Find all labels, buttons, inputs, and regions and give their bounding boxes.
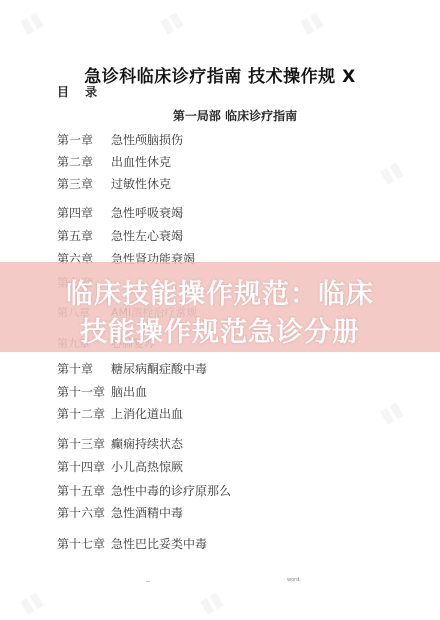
chapter-number: 第三章 (57, 175, 105, 192)
chapter-name: 脑出血 (111, 385, 147, 399)
title-banner: 临床技能操作规范：临床 技能操作规范急诊分册 (0, 262, 440, 352)
watermark: ▮▮ (15, 6, 46, 38)
toc-entry: 第一章急性颅脑损伤 (57, 131, 183, 148)
watermark: ▮▮ (15, 586, 46, 618)
watermark: ▮▮ (295, 6, 326, 38)
chapter-number: 第十五章 (57, 482, 105, 499)
part-title: 第一局部 临床诊疗指南 (0, 107, 440, 124)
chapter-name: 急性酒精中毒 (111, 506, 183, 520)
watermark: ▮▮ (375, 156, 406, 188)
chapter-number: 第四章 (57, 204, 105, 221)
chapter-number: 第十章 (57, 360, 105, 377)
chapter-name: 急性呼吸衰竭 (111, 206, 183, 220)
toc-entry: 第十四章小儿高热惊厥 (57, 458, 183, 475)
chapter-number: 第一章 (57, 131, 105, 148)
chapter-name: 糖尿病酮症酸中毒 (111, 362, 207, 376)
toc-entry: 第十三章癫痫持续状态 (57, 435, 183, 452)
chapter-name: 急性颅脑损伤 (111, 133, 183, 147)
chapter-name: 上消化道出血 (111, 407, 183, 421)
toc-entry: 第二章出血性休克 (57, 153, 171, 170)
chapter-number: 第二章 (57, 153, 105, 170)
watermark: ▮▮ (195, 586, 226, 618)
chapter-number: 第五章 (57, 227, 105, 244)
chapter-name: 癫痫持续状态 (111, 437, 183, 451)
toc-entry: 第十章糖尿病酮症酸中毒 (57, 360, 207, 377)
toc-entry: 第十五章急性中毒的诊疗原那么 (57, 482, 231, 499)
toc-entry: 第十二章上消化道出血 (57, 405, 183, 422)
footer-mark: word. (287, 577, 301, 583)
banner-title-line2: 技能操作规范急诊分册 (0, 310, 440, 349)
toc-entry: 第四章急性呼吸衰竭 (57, 204, 183, 221)
watermark: ▮▮ (375, 396, 406, 428)
chapter-number: 第十六章 (57, 504, 105, 521)
chapter-name: 急性巴比妥类中毒 (111, 537, 207, 551)
chapter-name: 出血性休克 (111, 155, 171, 169)
chapter-number: 第十四章 (57, 458, 105, 475)
toc-label: 目 录 (57, 83, 103, 100)
toc-entry: 第十一章脑出血 (57, 383, 147, 400)
chapter-number: 第十一章 (57, 383, 105, 400)
chapter-name: 过敏性休克 (111, 177, 171, 191)
watermark: ▮▮ (155, 6, 186, 38)
chapter-number: 第十三章 (57, 435, 105, 452)
footer-divider (146, 581, 150, 582)
chapter-number: 第十二章 (57, 405, 105, 422)
toc-entry: 第十六章急性酒精中毒 (57, 504, 183, 521)
banner-title-line1: 临床技能操作规范：临床 (0, 272, 440, 311)
chapter-name: 急性中毒的诊疗原那么 (111, 484, 231, 498)
chapter-number: 第十七章 (57, 535, 105, 552)
toc-entry: 第五章急性左心衰竭 (57, 227, 183, 244)
toc-entry: 第三章过敏性休克 (57, 175, 171, 192)
chapter-name: 小儿高热惊厥 (111, 460, 183, 474)
chapter-name: 急性左心衰竭 (111, 229, 183, 243)
toc-entry: 第十七章急性巴比妥类中毒 (57, 535, 207, 552)
